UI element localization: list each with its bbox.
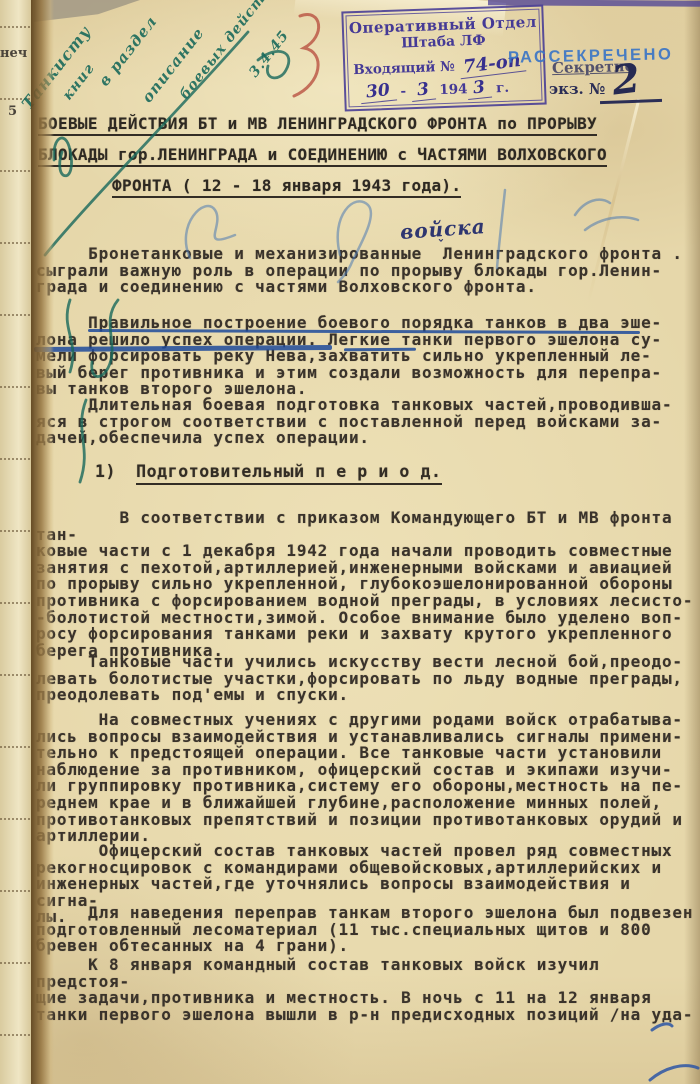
stamp-org-line-1: Оперативный Отдел bbox=[344, 13, 543, 38]
stamp-date-row: 30 - 3 1943 г. bbox=[346, 76, 545, 104]
edge-text-fragment: неч bbox=[0, 46, 27, 61]
page-fold-strip bbox=[31, 0, 54, 1084]
document-title: БОЕВЫЕ ДЕЙСТВИЯ БТ и МВ ЛЕНИНГРАДСКОГО Ф… bbox=[38, 114, 698, 207]
paragraph-9: К 8 января командный состав танковых вой… bbox=[36, 957, 698, 1023]
edge-page-number-fragment: 5 bbox=[8, 104, 17, 119]
insertion-caret: ˇ bbox=[437, 239, 445, 254]
paragraph-3: Длительная боевая подготовка танковых ча… bbox=[36, 397, 698, 447]
ink-underline-3 bbox=[344, 348, 416, 352]
copy-number-label: экз. № bbox=[549, 80, 605, 98]
declassified-stamp: РАССЕКРЕЧЕНО bbox=[508, 45, 674, 67]
stamp-incoming-label: Входящий № bbox=[353, 59, 455, 79]
section-number: 1) bbox=[95, 462, 116, 481]
stamp-year-suffix: г. bbox=[496, 80, 510, 96]
section-heading: 1)Подготовительный п е р и о д. bbox=[95, 462, 442, 481]
stamp-dash: - bbox=[400, 83, 406, 99]
underlying-page-edge: неч 5 bbox=[0, 0, 34, 1084]
red-pencil-mark bbox=[294, 15, 319, 96]
paragraph-5: Танковые части учились искусству вести л… bbox=[36, 654, 698, 704]
paragraph-1: Бронетанковые и механизированные Ленингр… bbox=[36, 246, 698, 296]
paragraph-8: Для наведения переправ танкам второго эш… bbox=[36, 905, 698, 955]
stamp-year-preprint: 194 bbox=[439, 81, 468, 98]
document-page: неч 5 БОЕВЫЕ ДЕЙСТВИЯ БТ и МВ ЛЕНИНГРАДС… bbox=[0, 0, 700, 1084]
stamp-day: 30 bbox=[359, 80, 397, 105]
section-title: Подготовительный п е р и о д. bbox=[136, 462, 441, 485]
copy-number-handwritten: 2 bbox=[609, 54, 642, 104]
paragraph-2: Правильное построение боевого порядка та… bbox=[36, 315, 698, 398]
paragraph-4: В соответствии с приказом Командующего Б… bbox=[36, 510, 698, 659]
paragraph-6: На совместных учениях с другими родами в… bbox=[36, 712, 698, 845]
title-line-1: БОЕВЫЕ ДЕЙСТВИЯ БТ и МВ ЛЕНИНГРАДСКОГО Ф… bbox=[38, 114, 698, 145]
title-line-3: ФРОНТА ( 12 - 18 января 1943 года). bbox=[38, 176, 698, 207]
stamp-year-digit: 3 bbox=[466, 77, 492, 100]
title-line-2: БЛОКАДЫ гор.ЛЕНИНГРАДА и СОЕДИНЕНИЮ с ЧА… bbox=[38, 145, 698, 176]
handwriting-date: 3.4.45 bbox=[246, 28, 292, 81]
right-edge-shading bbox=[684, 0, 700, 1084]
stamp-month: 3 bbox=[410, 79, 436, 102]
